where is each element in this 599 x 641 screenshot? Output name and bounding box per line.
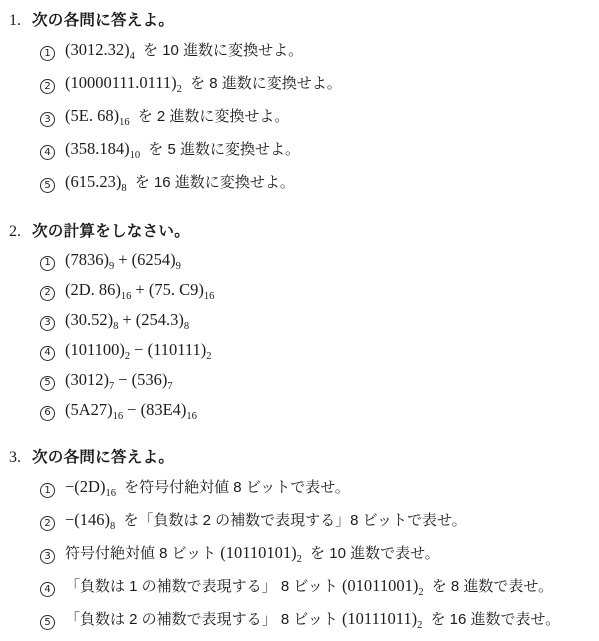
base-subscript: 16 (204, 291, 219, 302)
base-subscript: 16 (113, 411, 128, 422)
item-circled-number: 2 (40, 516, 55, 531)
problem-text: (615.23)8 を 16 進数に変換せよ。 (65, 171, 295, 200)
item-circled-number: 1 (40, 46, 55, 61)
math-expression: − (110111) (134, 340, 206, 359)
problem-text: 「負数は 2 の補数で表現する」 8 ビット (10111011)2 を 16 … (65, 608, 560, 637)
problem-item: 3(30.52)8+ (254.3)8 (40, 308, 595, 338)
problem-text: (2D. 86)16+ (75. C9)16 (65, 279, 218, 308)
item-circled-number: 3 (40, 112, 55, 127)
section-header: 2.次の計算をしなさい。 (9, 219, 595, 239)
problem-item: 4(101100)2− (110111)2 (40, 338, 595, 368)
math-expression: (30.52) (65, 310, 113, 329)
item-circled-number: 3 (40, 549, 55, 564)
section-header: 3.次の各問に答えよ。 (9, 445, 595, 465)
problem-section: 3.次の各問に答えよ。1−(2D)16 を符号付絶対値 8 ビットで表せ。2−(… (9, 445, 595, 639)
item-circled-number: 2 (40, 79, 55, 94)
section-number: 1. (9, 12, 32, 30)
item-circled-number: 5 (40, 178, 55, 193)
problem-text: (10000111.0111)2 を 8 進数に変換せよ。 (65, 72, 342, 101)
math-expression: + (6254) (118, 250, 175, 269)
base-subscript: 16 (119, 117, 134, 128)
item-circled-number: 5 (40, 376, 55, 391)
problem-item: 2(10000111.0111)2 を 8 進数に変換せよ。 (40, 70, 595, 103)
base-subscript: 16 (121, 291, 136, 302)
base-subscript: 2 (418, 587, 427, 598)
problem-text: (3012.32)4 を 10 進数に変換せよ。 (65, 39, 303, 68)
math-expression: − (83E4) (127, 400, 186, 419)
base-subscript: 8 (121, 183, 130, 194)
base-subscript: 7 (167, 381, 176, 392)
base-subscript: 16 (105, 488, 120, 499)
question-text: を「負数は 2 の補数で表現する」8 ビットで表せ。 (119, 512, 466, 529)
problem-text: 「負数は 1 の補数で表現する」 8 ビット (01011001)2 を 8 進… (65, 575, 553, 604)
item-circled-number: 3 (40, 316, 55, 331)
problem-text: (30.52)8+ (254.3)8 (65, 309, 193, 338)
base-subscript: 9 (109, 261, 118, 272)
problem-item: 3符号付絶対値 8 ビット (10110101)2 を 10 進数で表せ。 (40, 540, 595, 573)
problem-item: 5(615.23)8 を 16 進数に変換せよ。 (40, 169, 595, 202)
problem-item: 1(3012.32)4 を 10 進数に変換せよ。 (40, 37, 595, 70)
section-title: 次の各問に答えよ。 (32, 8, 174, 30)
problem-section: 1.次の各問に答えよ。1(3012.32)4 を 10 進数に変換せよ。2(10… (9, 8, 595, 202)
item-circled-number: 4 (40, 145, 55, 160)
base-subscript: 8 (113, 321, 122, 332)
base-subscript: 8 (184, 321, 193, 332)
problem-item: 6(5A27)16− (83E4)16 (40, 398, 595, 428)
question-text: 「負数は 2 の補数で表現する」 8 ビット (65, 611, 342, 628)
question-text: を符号付絶対値 8 ビットで表せ。 (120, 479, 350, 496)
item-circled-number: 1 (40, 483, 55, 498)
base-subscript: 9 (176, 261, 185, 272)
problem-item-list: 1(7836)9+ (6254)92(2D. 86)16+ (75. C9)16… (40, 248, 595, 428)
base-subscript: 2 (125, 351, 134, 362)
item-circled-number: 2 (40, 286, 55, 301)
math-expression: (101100) (65, 340, 125, 359)
problem-text: (7836)9+ (6254)9 (65, 249, 185, 278)
base-subscript: 16 (186, 411, 201, 422)
section-number: 3. (9, 449, 32, 467)
problem-text: (101100)2− (110111)2 (65, 339, 215, 368)
section-title: 次の計算をしなさい。 (32, 219, 190, 241)
problem-text: (5A27)16− (83E4)16 (65, 399, 201, 428)
problem-section: 2.次の計算をしなさい。1(7836)9+ (6254)92(2D. 86)16… (9, 219, 595, 428)
base-subscript: 2 (206, 351, 215, 362)
section-number: 2. (9, 223, 32, 241)
problem-item: 4「負数は 1 の補数で表現する」 8 ビット (01011001)2 を 8 … (40, 573, 595, 606)
problem-text: 符号付絶対値 8 ビット (10110101)2 を 10 進数で表せ。 (65, 542, 440, 571)
question-text: 「負数は 1 の補数で表現する」 8 ビット (65, 578, 342, 595)
base-subscript: 10 (130, 150, 145, 161)
problem-item-list: 1−(2D)16 を符号付絶対値 8 ビットで表せ。2−(146)8 を「負数は… (40, 474, 595, 639)
math-expression: (10111011) (342, 609, 417, 628)
problem-item: 2(2D. 86)16+ (75. C9)16 (40, 278, 595, 308)
math-expression: (3012) (65, 370, 109, 389)
base-subscript: 2 (297, 554, 306, 565)
question-text: を 16 進数で表せ。 (426, 611, 560, 628)
math-expression: (2D. 86) (65, 280, 121, 299)
problem-text: (358.184)10 を 5 進数に変換せよ。 (65, 138, 300, 167)
base-subscript: 2 (177, 84, 186, 95)
question-text: を 8 進数に変換せよ。 (186, 75, 342, 92)
math-expression: (615.23) (65, 172, 121, 191)
math-expression: −(2D) (65, 477, 105, 496)
section-header: 1.次の各問に答えよ。 (9, 8, 595, 28)
item-circled-number: 4 (40, 346, 55, 361)
base-subscript: 7 (109, 381, 118, 392)
math-expression: (5E. 68) (65, 106, 119, 125)
problem-item-list: 1(3012.32)4 を 10 進数に変換せよ。2(10000111.0111… (40, 37, 595, 202)
section-title: 次の各問に答えよ。 (32, 445, 174, 467)
problem-item: 5(3012)7− (536)7 (40, 368, 595, 398)
question-text: を 16 進数に変換せよ。 (131, 174, 295, 191)
problem-text: (5E. 68)16 を 2 進数に変換せよ。 (65, 105, 289, 134)
math-expression: (3012.32) (65, 40, 130, 59)
problem-item: 3(5E. 68)16 を 2 進数に変換せよ。 (40, 103, 595, 136)
math-expression: (10000111.0111) (65, 73, 177, 92)
question-text: 符号付絶対値 8 ビット (65, 545, 220, 562)
problem-item: 2−(146)8 を「負数は 2 の補数で表現する」8 ビットで表せ。 (40, 507, 595, 540)
math-expression: − (536) (118, 370, 167, 389)
question-text: を 10 進数に変換せよ。 (139, 42, 303, 59)
question-text: を 8 進数で表せ。 (428, 578, 553, 595)
problem-item: 5「負数は 2 の補数で表現する」 8 ビット (10111011)2 を 16… (40, 606, 595, 639)
problem-item: 1(7836)9+ (6254)9 (40, 248, 595, 278)
base-subscript: 2 (417, 620, 426, 631)
problem-item: 4(358.184)10 を 5 進数に変換せよ。 (40, 136, 595, 169)
base-subscript: 8 (110, 521, 119, 532)
math-expression: + (75. C9) (135, 280, 203, 299)
math-expression: (358.184) (65, 139, 130, 158)
math-expression: (10110101) (220, 543, 296, 562)
math-expression: (7836) (65, 250, 109, 269)
item-circled-number: 4 (40, 582, 55, 597)
math-expression: (01011001) (342, 576, 418, 595)
item-circled-number: 6 (40, 406, 55, 421)
item-circled-number: 5 (40, 615, 55, 630)
question-text: を 5 進数に変換せよ。 (144, 141, 300, 158)
question-text: を 2 進数に変換せよ。 (134, 108, 290, 125)
item-circled-number: 1 (40, 256, 55, 271)
problem-text: (3012)7− (536)7 (65, 369, 177, 398)
math-expression: + (254.3) (122, 310, 184, 329)
question-text: を 10 進数で表せ。 (306, 545, 440, 562)
problem-text: −(146)8 を「負数は 2 の補数で表現する」8 ビットで表せ。 (65, 509, 467, 538)
base-subscript: 4 (130, 51, 139, 62)
problem-text: −(2D)16 を符号付絶対値 8 ビットで表せ。 (65, 476, 350, 505)
worksheet-page: 1.次の各問に答えよ。1(3012.32)4 を 10 進数に変換せよ。2(10… (0, 0, 599, 639)
math-expression: −(146) (65, 510, 110, 529)
problem-item: 1−(2D)16 を符号付絶対値 8 ビットで表せ。 (40, 474, 595, 507)
math-expression: (5A27) (65, 400, 113, 419)
